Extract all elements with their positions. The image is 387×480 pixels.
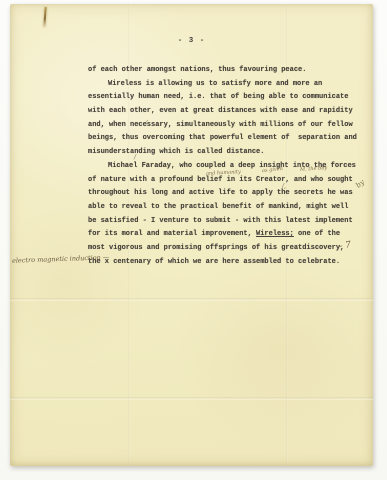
fold-crease-lower (10, 397, 373, 400)
typed-line: and, when necessary, simultaneously with… (88, 119, 358, 133)
handwritten-comma-after-other: , (146, 115, 148, 123)
page-number: - 3 - (10, 37, 373, 45)
staple-mark (43, 7, 46, 27)
scanned-document: - 3 - of each other amongst nations, thu… (0, 0, 387, 480)
typed-segment: one of the (294, 230, 340, 238)
typed-line: able to reveal to the practical benefit … (88, 201, 358, 215)
handwritten-caret-after-creator: /, (282, 183, 286, 190)
handwritten-slash-before-which: / (134, 154, 136, 161)
handwritten-annotation-discovery-flourish: – 7 (337, 240, 351, 252)
typed-line: beings, thus overcoming that powerful el… (88, 132, 358, 146)
typed-line: the x centenary of which we are here ass… (88, 256, 358, 270)
typed-line: misunderstanding which is called distanc… (88, 146, 358, 160)
typed-line-with-underline: for its moral and material improvement, … (88, 228, 358, 242)
typed-line: be satisfied - I venture to submit - wit… (88, 215, 358, 229)
typed-line: essentially human need, i.e. that of bei… (88, 91, 358, 105)
typed-line: of each other amongst nations, thus favo… (88, 64, 358, 78)
typed-line: most vigorous and promising offsprings o… (88, 242, 358, 256)
paper-sheet: - 3 - of each other amongst nations, thu… (10, 4, 373, 466)
typed-line: with each other, even at great distances… (88, 105, 358, 119)
fold-crease-upper (10, 298, 373, 301)
typed-line: Wireless is allowing us to satisfy more … (88, 78, 358, 92)
typed-segment: for its moral and material improvement, (88, 230, 256, 238)
underlined-word-wireless: Wireless; (256, 230, 294, 238)
typed-line: throughout his long and active life to a… (88, 187, 358, 201)
